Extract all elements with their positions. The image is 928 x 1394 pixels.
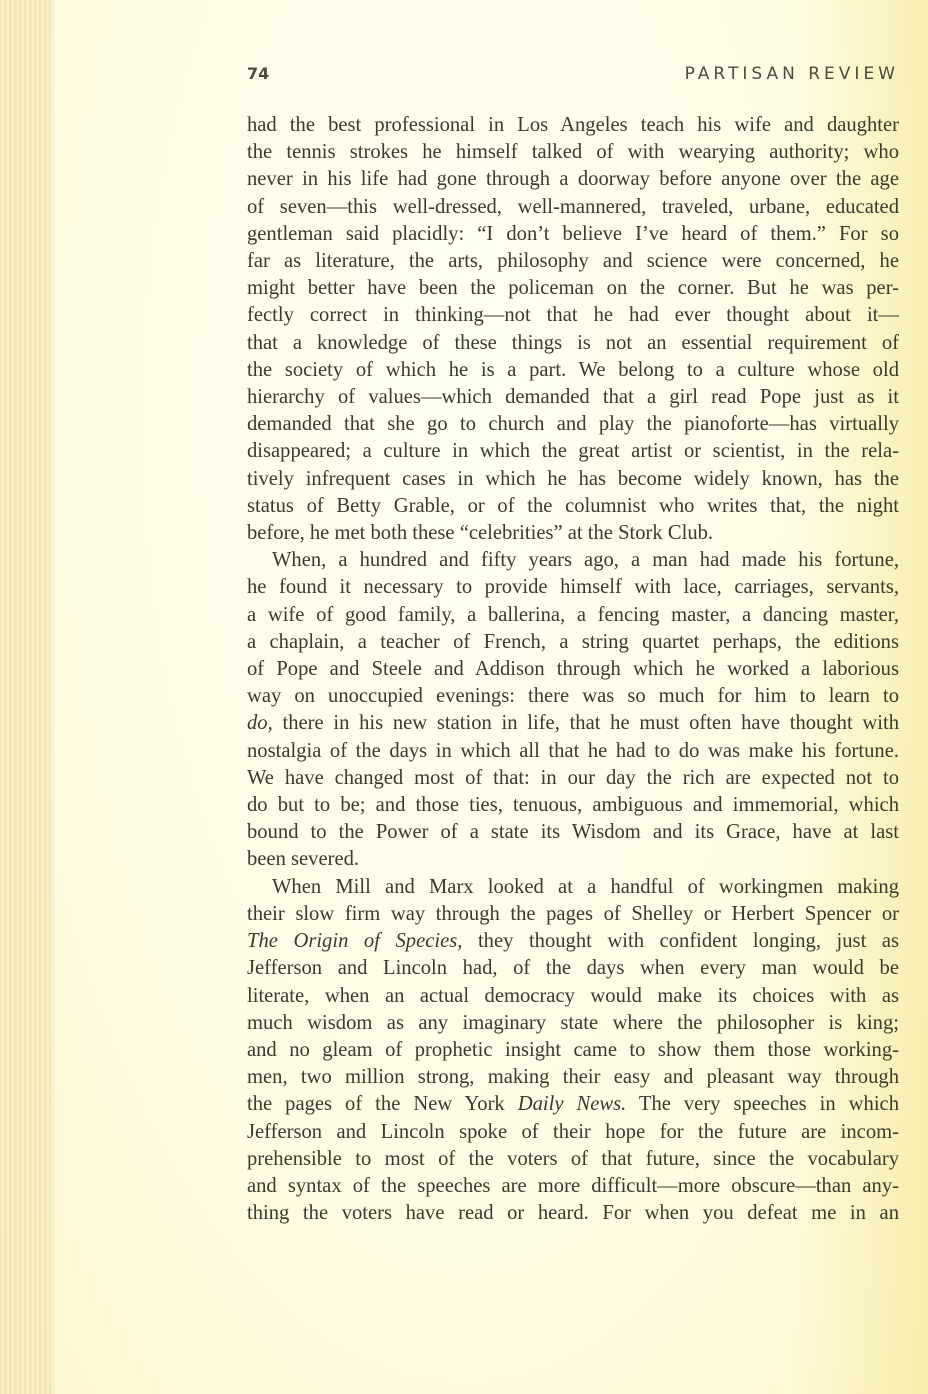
text-line: hierarchy of values—which demanded that … (247, 384, 899, 411)
text-line: had the best professional in Los Angeles… (247, 112, 899, 139)
text-line: a chaplain, a teacher of French, a strin… (247, 629, 899, 656)
text-line: thing the voters have read or heard. For… (247, 1200, 899, 1227)
page-stack-edge (0, 0, 50, 1394)
text-line: way on unoccupied evenings: there was so… (247, 683, 899, 710)
text-line: of Pope and Steele and Addison through w… (247, 656, 899, 683)
text-line: far as literature, the arts, philosophy … (247, 248, 899, 275)
text-line: disappeared; a culture in which the grea… (247, 438, 899, 465)
text-line: Jefferson and Lincoln spoke of their hop… (247, 1119, 899, 1146)
text-line: literate, when an actual democracy would… (247, 983, 899, 1010)
text-line: The Origin of Species, they thought with… (247, 928, 899, 955)
text-line: men, two million strong, making their ea… (247, 1064, 899, 1091)
text-line: much wisdom as any imaginary state where… (247, 1010, 899, 1037)
text-line: been severed. (247, 846, 899, 873)
text-line: and no gleam of prophetic insight came t… (247, 1037, 899, 1064)
italic-title: The Origin of Species, (247, 930, 462, 952)
text-line: demanded that she go to church and play … (247, 411, 899, 438)
running-head: 74 PARTISAN REVIEW (247, 64, 899, 84)
text-line: nostalgia of the days in which all that … (247, 738, 899, 765)
text-line: and syntax of the speeches are more diff… (247, 1173, 899, 1200)
article-body: had the best professional in Los Angeles… (247, 112, 899, 1227)
text-line: of seven—this well-dressed, well-mannere… (247, 194, 899, 221)
italic-title: do, (247, 712, 273, 734)
text-line: Jefferson and Lincoln had, of the days w… (247, 955, 899, 982)
text-line: When Mill and Marx looked at a handful o… (247, 874, 899, 901)
text-line: the pages of the New York Daily News. Th… (247, 1091, 899, 1118)
text-line: do but to be; and those ties, tenuous, a… (247, 792, 899, 819)
text-line: a wife of good family, a ballerina, a fe… (247, 602, 899, 629)
text-line: gentleman said placidly: “I don’t believ… (247, 221, 899, 248)
text-line: the tennis strokes he himself talked of … (247, 139, 899, 166)
text-line: When, a hundred and fifty years ago, a m… (247, 547, 899, 574)
text-line: fectly correct in thinking—not that he h… (247, 302, 899, 329)
text-line: the society of which he is a part. We be… (247, 357, 899, 384)
text-line: do, there in his new station in life, th… (247, 710, 899, 737)
journal-title: PARTISAN REVIEW (685, 64, 899, 84)
text-line: that a knowledge of these things is not … (247, 330, 899, 357)
text-line: bound to the Power of a state its Wisdom… (247, 819, 899, 846)
paragraph: When, a hundred and fifty years ago, a m… (247, 547, 899, 873)
text-line: status of Betty Grable, or of the column… (247, 493, 899, 520)
page-number: 74 (247, 64, 269, 83)
text-line: might better have been the policeman on … (247, 275, 899, 302)
text-line: We have changed most of that: in our day… (247, 765, 899, 792)
italic-title: Daily News. (518, 1093, 627, 1115)
text-line: never in his life had gone through a doo… (247, 166, 899, 193)
text-line: tively infrequent cases in which he has … (247, 466, 899, 493)
text-line: before, he met both these “celebrities” … (247, 520, 899, 547)
paragraph: had the best professional in Los Angeles… (247, 112, 899, 547)
text-line: their slow firm way through the pages of… (247, 901, 899, 928)
text-line: he found it necessary to provide himself… (247, 574, 899, 601)
text-line: prehensible to most of the voters of tha… (247, 1146, 899, 1173)
paragraph: When Mill and Marx looked at a handful o… (247, 874, 899, 1228)
